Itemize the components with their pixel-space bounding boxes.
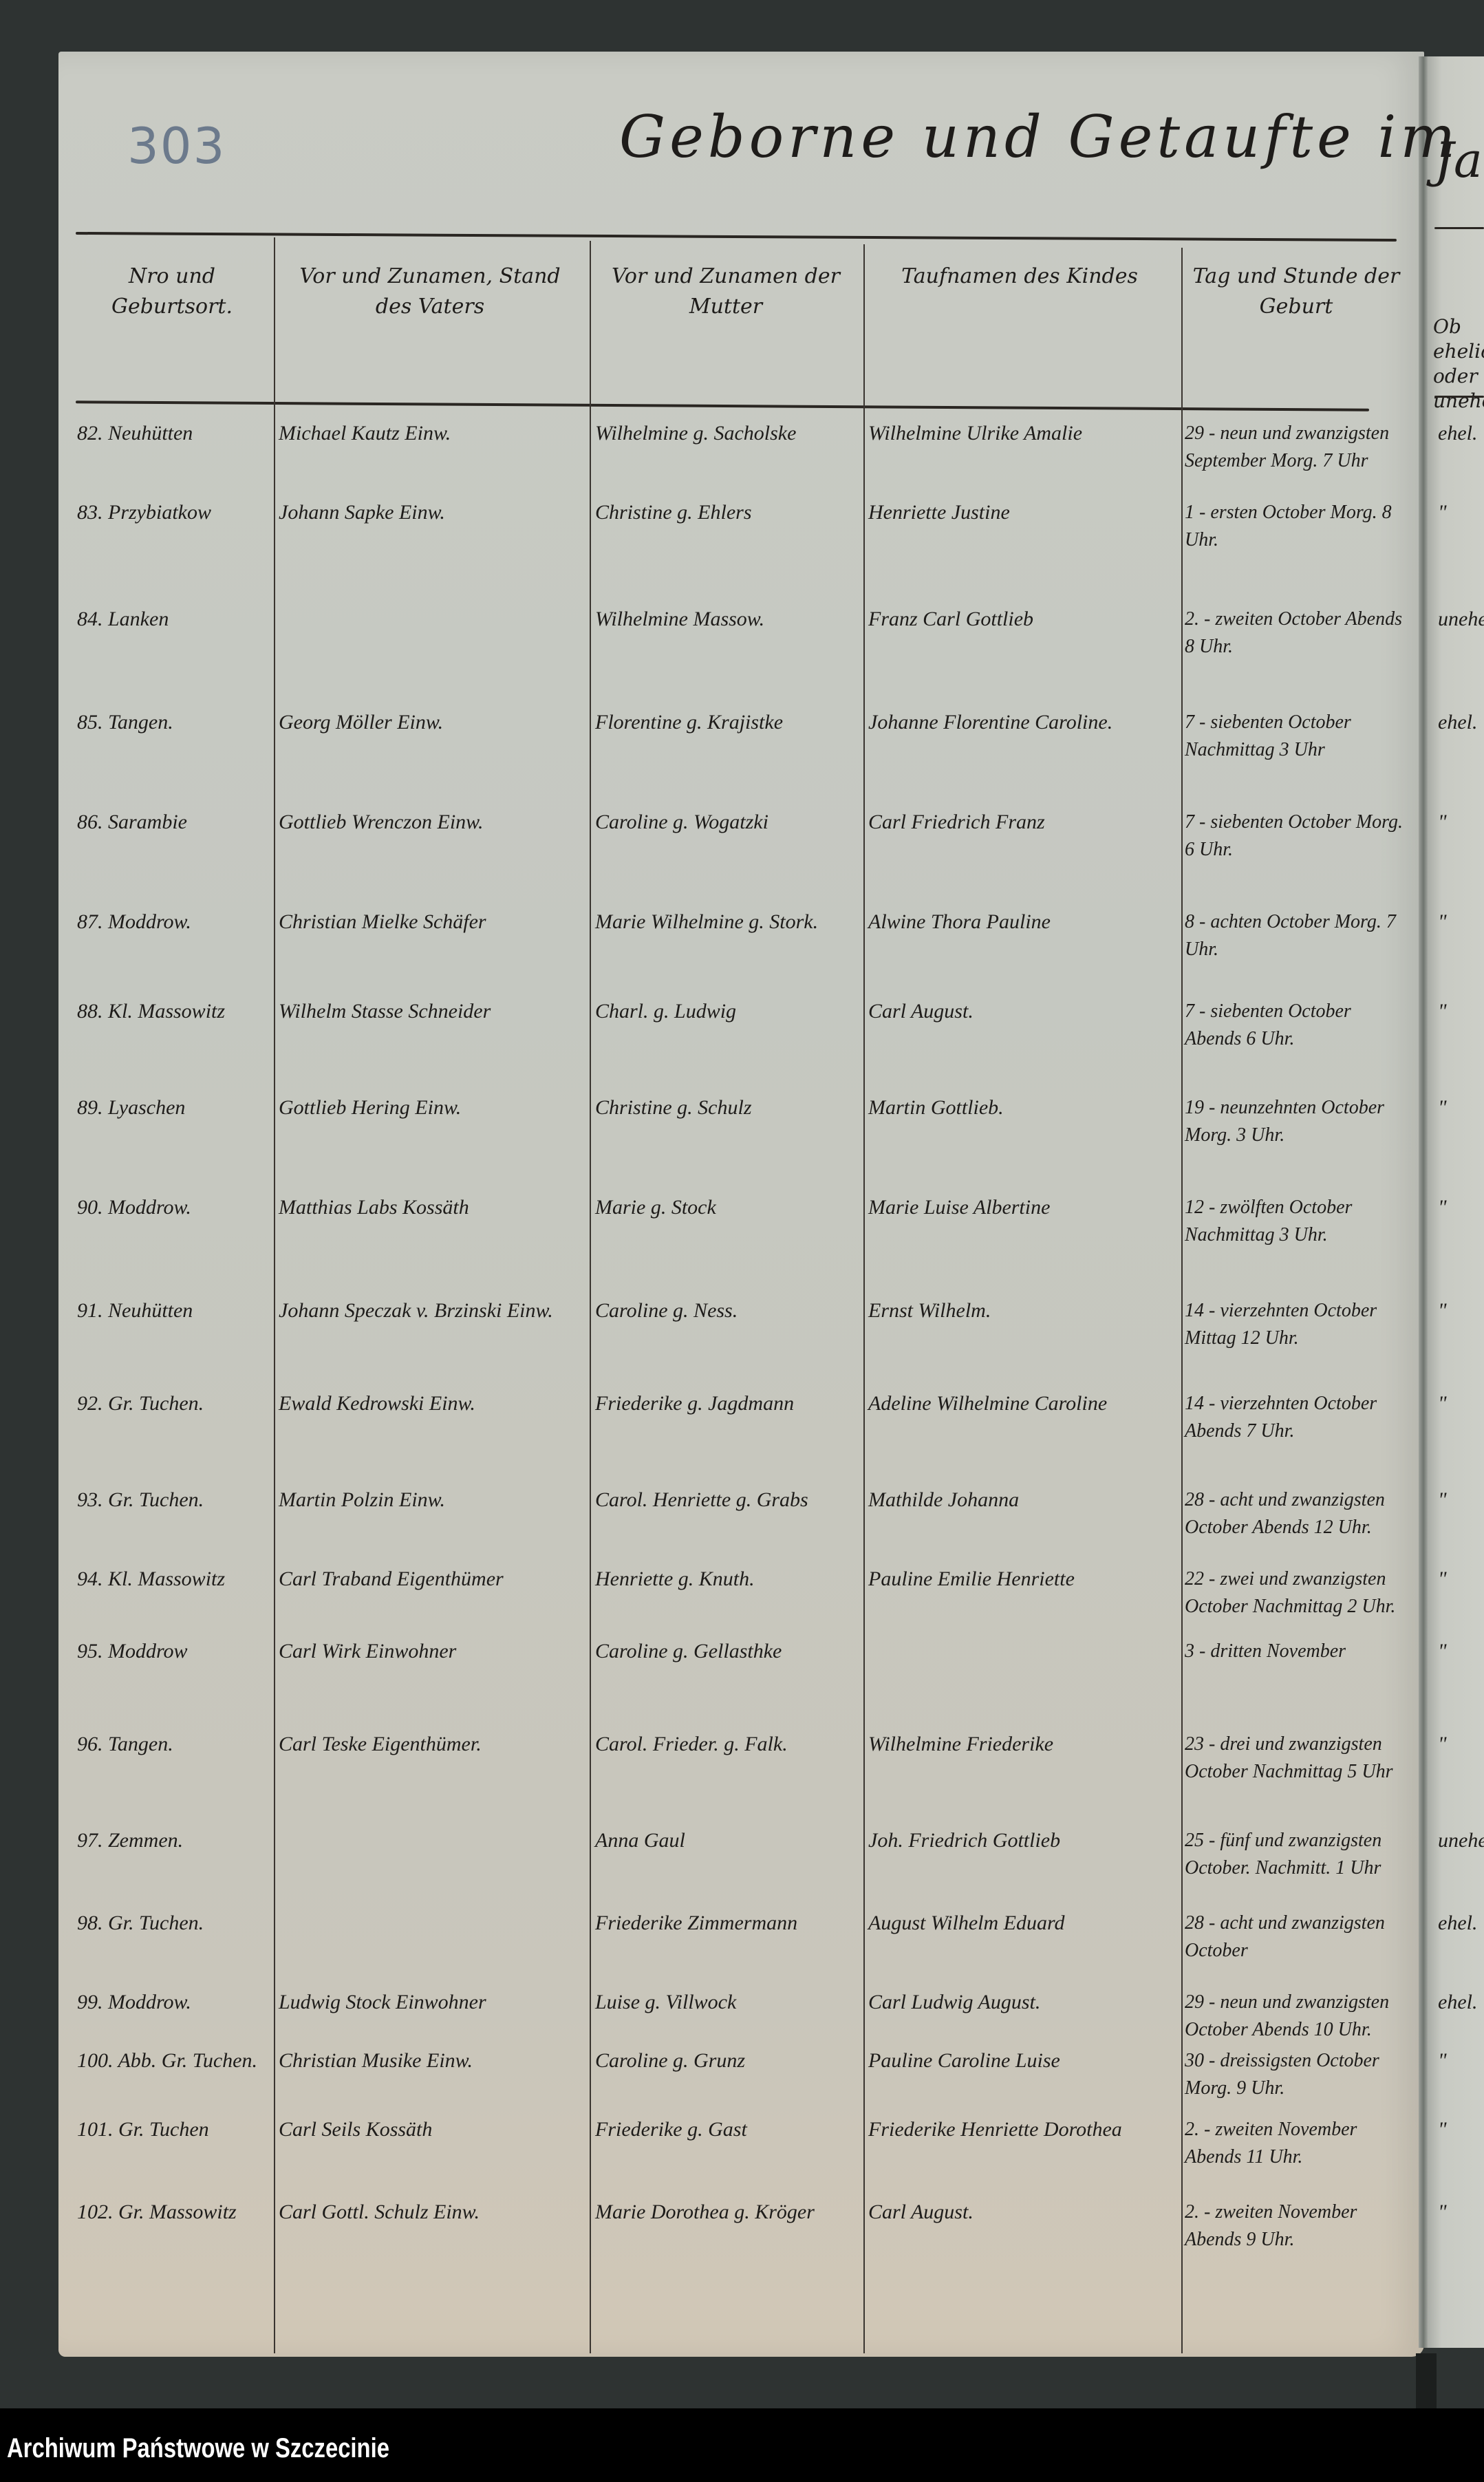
entry-legitimacy: " (1438, 499, 1447, 526)
entry-child: Pauline Emilie Henriette (868, 1565, 1181, 1593)
entry-mother: Caroline g. Grunz (595, 2047, 863, 2075)
entry-mother: Christine g. Ehlers (595, 499, 863, 526)
entry-mother: Carol. Henriette g. Grabs (595, 1486, 863, 1514)
entry-child: Carl August. (868, 998, 1181, 1025)
entry-birthplace: Lyaschen (108, 1096, 185, 1119)
entry-number: 102. (77, 2201, 114, 2223)
entry-father: Johann Speczak v. Brzinski Einw. (279, 1297, 588, 1325)
entry-birthplace: Zemmen. (108, 1829, 183, 1852)
entry-number: 83. (77, 501, 103, 524)
entry-number-place: 87. Moddrow. (77, 908, 273, 936)
entry-number-place: 89. Lyaschen (77, 1094, 273, 1122)
entry-number-place: 92. Gr. Tuchen. (77, 1390, 273, 1417)
page-title: Geborne und Getaufte im (619, 103, 1459, 171)
entry-legitimacy: " (1438, 1194, 1447, 1221)
entry-child: Marie Luise Albertine (868, 1194, 1181, 1221)
entry-birthplace: Abb. Gr. Tuchen. (118, 2049, 257, 2072)
entry-legitimacy: " (1438, 1390, 1447, 1417)
archive-name: Archiwum Państwowe w Szczecinie (7, 2433, 389, 2464)
entry-birth-date: 19 - neunzehnten October Morg. 3 Uhr. (1185, 1094, 1412, 1149)
entry-birth-date: 14 - vierzehnten October Mittag 12 Uhr. (1185, 1297, 1412, 1352)
entry-child: Joh. Friedrich Gottlieb (868, 1827, 1181, 1854)
entry-birthplace: Gr. Massowitz (118, 2201, 237, 2223)
entry-birthplace: Sarambie (108, 811, 187, 833)
column-header-child: Taufnamen des Kindes (868, 261, 1171, 292)
entry-mother: Henriette g. Knuth. (595, 1565, 863, 1593)
entry-birthplace: Neuhütten (108, 422, 193, 445)
entry-birthplace: Przybiatkow (108, 501, 211, 524)
entry-legitimacy: unehel. (1438, 606, 1484, 633)
entry-birthplace: Gr. Tuchen. (108, 1912, 204, 1934)
entry-mother: Carol. Frieder. g. Falk. (595, 1731, 863, 1758)
entry-legitimacy: " (1438, 2116, 1447, 2143)
entry-mother: Friederike g. Jagdmann (595, 1390, 863, 1417)
column-header-nr: Nro und Geburtsort. (76, 261, 268, 322)
entry-birth-date: 2. - zweiten November Abends 11 Uhr. (1185, 2116, 1412, 2171)
facing-page-header-fragment: Ob ehelich oder unehelich (1433, 314, 1484, 414)
entry-number: 98. (77, 1912, 103, 1934)
entry-birthplace: Kl. Massowitz (108, 1000, 225, 1023)
entry-birth-date: 8 - achten October Morg. 7 Uhr. (1185, 908, 1412, 963)
entry-child: Johanne Florentine Caroline. (868, 709, 1181, 736)
entry-father: Johann Sapke Einw. (279, 499, 588, 526)
entry-mother: Caroline g. Gellasthke (595, 1638, 863, 1665)
entry-father: Christian Musike Einw. (279, 2047, 588, 2075)
entry-number-place: 91. Neuhütten (77, 1297, 273, 1325)
entry-number-place: 95. Moddrow (77, 1638, 273, 1665)
spine-shadow (1416, 2353, 1437, 2408)
entry-father: Carl Teske Eigenthümer. (279, 1731, 588, 1758)
column-divider-1 (274, 237, 275, 2353)
entry-birth-date: 1 - ersten October Morg. 8 Uhr. (1185, 499, 1412, 554)
column-header-birth: Tag und Stunde der Geburt (1186, 261, 1406, 322)
book-gutter (1419, 56, 1428, 2348)
archive-footer: Archiwum Państwowe w Szczecinie (0, 2408, 1484, 2482)
entry-number-place: 102. Gr. Massowitz (77, 2199, 273, 2226)
entry-father: Christian Mielke Schäfer (279, 908, 588, 936)
entry-child: August Wilhelm Eduard (868, 1909, 1181, 1937)
entry-legitimacy: " (1438, 998, 1447, 1025)
entry-number: 93. (77, 1488, 103, 1511)
column-header-father: Vor und Zunamen, Stand des Vaters (279, 261, 581, 322)
entry-number: 96. (77, 1733, 103, 1755)
entry-mother: Luise g. Villwock (595, 1989, 863, 2016)
entry-number-place: 98. Gr. Tuchen. (77, 1909, 273, 1937)
entry-child: Franz Carl Gottlieb (868, 606, 1181, 633)
entry-birthplace: Gr. Tuchen. (108, 1488, 204, 1511)
entry-number: 97. (77, 1829, 103, 1852)
entry-child: Wilhelmine Friederike (868, 1731, 1181, 1758)
entry-mother: Friederike g. Gast (595, 2116, 863, 2143)
entry-legitimacy: ehel. (1438, 420, 1477, 447)
entry-father: Ludwig Stock Einwohner (279, 1989, 588, 2016)
entry-legitimacy: " (1438, 1486, 1447, 1514)
entry-legitimacy: ehel. (1438, 1909, 1477, 1937)
entry-legitimacy: " (1438, 1638, 1447, 1665)
entry-mother: Florentine g. Krajistke (595, 709, 863, 736)
entry-child: Ernst Wilhelm. (868, 1297, 1181, 1325)
entry-mother: Marie g. Stock (595, 1194, 863, 1221)
entry-number-place: 100. Abb. Gr. Tuchen. (77, 2047, 273, 2075)
entry-number-place: 94. Kl. Massowitz (77, 1565, 273, 1593)
entry-child: Alwine Thora Pauline (868, 908, 1181, 936)
entry-birth-date: 2. - zweiten November Abends 9 Uhr. (1185, 2199, 1412, 2254)
entry-number-place: 96. Tangen. (77, 1731, 273, 1758)
entry-legitimacy: " (1438, 1565, 1447, 1593)
entry-father: Wilhelm Stasse Schneider (279, 998, 588, 1025)
entry-number-place: 90. Moddrow. (77, 1194, 273, 1221)
entry-number-place: 85. Tangen. (77, 709, 273, 736)
entry-number: 100. (77, 2049, 114, 2072)
facing-header-top-rule (1434, 227, 1484, 229)
entry-number-place: 88. Kl. Massowitz (77, 998, 273, 1025)
entry-number-place: 82. Neuhütten (77, 420, 273, 447)
entry-birthplace: Neuhütten (108, 1299, 193, 1322)
entry-child: Adeline Wilhelmine Caroline (868, 1390, 1181, 1417)
entry-child: Carl August. (868, 2199, 1181, 2226)
entry-mother: Wilhelmine g. Sacholske (595, 420, 863, 447)
entry-mother: Christine g. Schulz (595, 1094, 863, 1122)
entry-mother: Charl. g. Ludwig (595, 998, 863, 1025)
entry-number: 92. (77, 1392, 103, 1415)
entry-number-place: 93. Gr. Tuchen. (77, 1486, 273, 1514)
entry-legitimacy: " (1438, 2199, 1447, 2226)
entry-birth-date: 7 - siebenten October Abends 6 Uhr. (1185, 998, 1412, 1053)
entry-birth-date: 28 - acht und zwanzigsten October Abends… (1185, 1486, 1412, 1541)
entry-legitimacy: ehel. (1438, 709, 1477, 736)
entry-birthplace: Moddrow. (108, 910, 191, 933)
entry-birth-date: 2. - zweiten October Abends 8 Uhr. (1185, 606, 1412, 661)
entry-mother: Friederike Zimmermann (595, 1909, 863, 1937)
entry-number: 95. (77, 1640, 103, 1662)
column-divider-4 (1181, 248, 1183, 2353)
entry-child: Mathilde Johanna (868, 1486, 1181, 1514)
entry-number-place: 83. Przybiatkow (77, 499, 273, 526)
entry-legitimacy: " (1438, 1731, 1447, 1758)
entry-child: Friederike Henriette Dorothea (868, 2116, 1181, 2143)
entry-child: Carl Ludwig August. (868, 1989, 1181, 2016)
entry-number-place: 99. Moddrow. (77, 1989, 273, 2016)
entry-mother: Marie Dorothea g. Kröger (595, 2199, 863, 2226)
entry-legitimacy: " (1438, 2047, 1447, 2075)
entry-number: 82. (77, 422, 103, 445)
entry-birth-date: 23 - drei und zwanzigsten October Nachmi… (1185, 1731, 1412, 1786)
column-header-mother: Vor und Zunamen der Mutter (595, 261, 857, 322)
entry-birth-date: 14 - vierzehnten October Abends 7 Uhr. (1185, 1390, 1412, 1445)
entry-birth-date: 28 - acht und zwanzigsten October (1185, 1909, 1412, 1965)
entry-birth-date: 12 - zwölften October Nachmittag 3 Uhr. (1185, 1194, 1412, 1249)
column-divider-2 (590, 241, 591, 2353)
entry-birthplace: Moddrow. (108, 1991, 191, 2013)
entry-mother: Caroline g. Wogatzki (595, 809, 863, 836)
entry-father: Carl Traband Eigenthümer (279, 1565, 588, 1593)
entry-birthplace: Moddrow. (108, 1196, 191, 1219)
entry-child: Pauline Caroline Luise (868, 2047, 1181, 2075)
entry-father: Ewald Kedrowski Einw. (279, 1390, 588, 1417)
entry-number-place: 84. Lanken (77, 606, 273, 633)
entry-number: 85. (77, 711, 103, 734)
entry-number: 99. (77, 1991, 103, 2013)
entry-legitimacy: ehel. (1438, 1989, 1477, 2016)
entry-mother: Marie Wilhelmine g. Stork. (595, 908, 863, 936)
entry-birthplace: Moddrow (108, 1640, 188, 1662)
entry-father: Carl Gottl. Schulz Einw. (279, 2199, 588, 2226)
facing-header-bottom-rule (1434, 396, 1484, 398)
entry-legitimacy: " (1438, 908, 1447, 936)
entry-birthplace: Tangen. (108, 1733, 173, 1755)
entry-birth-date: 29 - neun und zwanzigsten October Abends… (1185, 1989, 1412, 2044)
entry-father: Georg Möller Einw. (279, 709, 588, 736)
entry-number-place: 97. Zemmen. (77, 1827, 273, 1854)
entry-father: Carl Seils Kossäth (279, 2116, 588, 2143)
entry-father: Gottlieb Hering Einw. (279, 1094, 588, 1122)
entry-number-place: 101. Gr. Tuchen (77, 2116, 273, 2143)
entry-number: 94. (77, 1568, 103, 1590)
entry-father: Gottlieb Wrenczon Einw. (279, 809, 588, 836)
entry-father: Michael Kautz Einw. (279, 420, 588, 447)
entry-legitimacy: " (1438, 1094, 1447, 1122)
entry-birthplace: Gr. Tuchen (118, 2118, 209, 2141)
entry-father: Matthias Labs Kossäth (279, 1194, 588, 1221)
entry-number: 84. (77, 608, 103, 630)
entry-number: 87. (77, 910, 103, 933)
entry-number: 89. (77, 1096, 103, 1119)
entry-legitimacy: unehel. (1438, 1827, 1484, 1854)
entry-birth-date: 25 - fünf und zwanzigsten October. Nachm… (1185, 1827, 1412, 1882)
page-number: 303 (127, 117, 226, 175)
entry-child: Henriette Justine (868, 499, 1181, 526)
entry-birth-date: 7 - siebenten October Morg. 6 Uhr. (1185, 809, 1412, 864)
entry-child: Carl Friedrich Franz (868, 809, 1181, 836)
entry-number: 101. (77, 2118, 114, 2141)
entry-mother: Caroline g. Ness. (595, 1297, 863, 1325)
entry-mother: Wilhelmine Massow. (595, 606, 863, 633)
entry-father: Carl Wirk Einwohner (279, 1638, 588, 1665)
entry-number: 88. (77, 1000, 103, 1023)
entry-legitimacy: " (1438, 1297, 1447, 1325)
entry-birthplace: Gr. Tuchen. (108, 1392, 204, 1415)
entry-birth-date: 30 - dreissigsten October Morg. 9 Uhr. (1185, 2047, 1412, 2102)
entry-child: Wilhelmine Ulrike Amalie (868, 420, 1181, 447)
entry-number: 86. (77, 811, 103, 833)
entry-father: Martin Polzin Einw. (279, 1486, 588, 1514)
entry-birth-date: 29 - neun und zwanzigsten September Morg… (1185, 420, 1412, 475)
entry-number-place: 86. Sarambie (77, 809, 273, 836)
entry-birth-date: 7 - siebenten October Nachmittag 3 Uhr (1185, 709, 1412, 764)
entry-number: 90. (77, 1196, 103, 1219)
entry-birthplace: Tangen. (108, 711, 173, 734)
entry-birth-date: 3 - dritten November (1185, 1638, 1412, 1665)
entry-birthplace: Kl. Massowitz (108, 1568, 225, 1590)
entry-birth-date: 22 - zwei und zwanzigsten October Nachmi… (1185, 1565, 1412, 1620)
entry-mother: Anna Gaul (595, 1827, 863, 1854)
entry-child: Martin Gottlieb. (868, 1094, 1181, 1122)
entry-number: 91. (77, 1299, 103, 1322)
entry-birthplace: Lanken (108, 608, 169, 630)
column-divider-3 (863, 244, 865, 2353)
entry-legitimacy: " (1438, 809, 1447, 836)
